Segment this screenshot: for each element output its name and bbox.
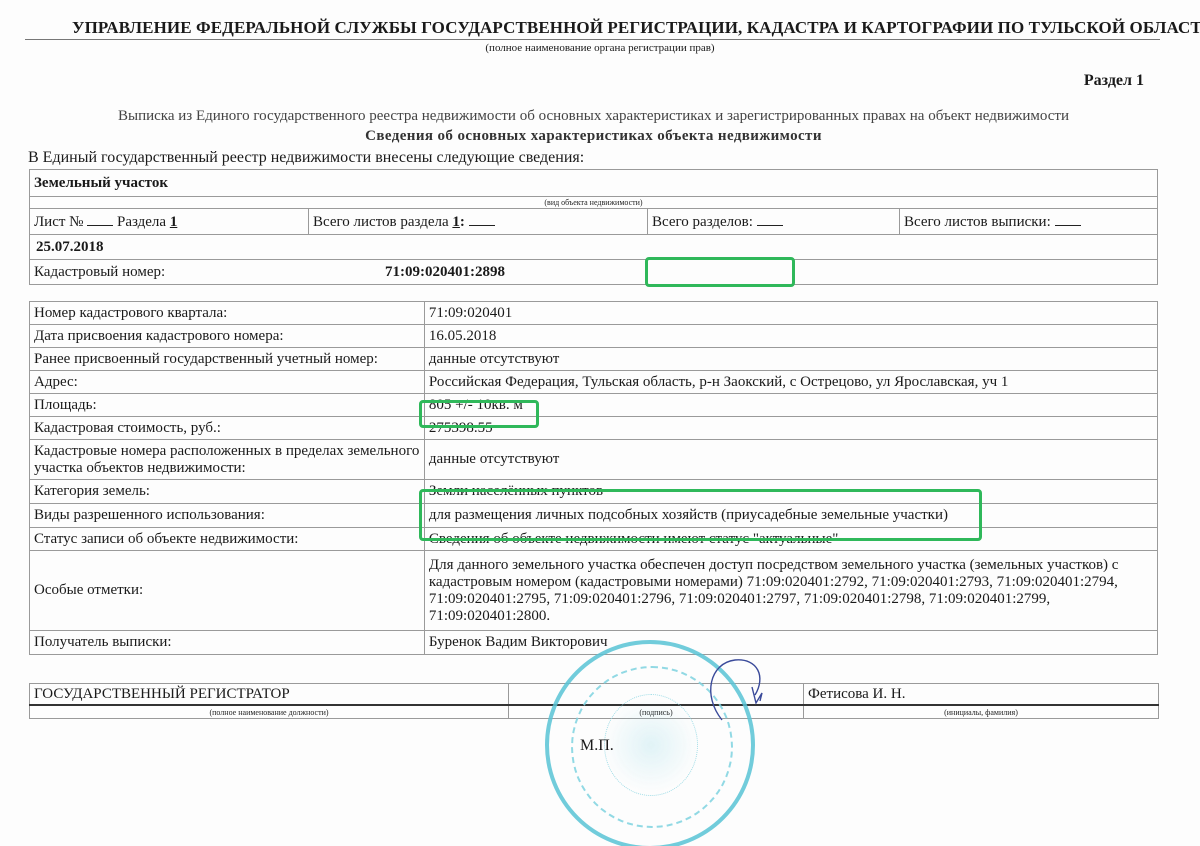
property-value: данные отсутствуют xyxy=(424,348,1157,371)
property-value: Буренок Вадим Викторович xyxy=(424,631,1157,655)
total-sheets-section-value: 1 xyxy=(452,214,460,230)
total-sections-blank xyxy=(757,213,783,226)
total-sections-cell: Всего разделов: xyxy=(648,209,900,235)
document-subtitle: Сведения об основных характеристиках объ… xyxy=(0,128,1187,145)
property-value: 16.05.2018 xyxy=(424,325,1157,348)
handwritten-signature-icon xyxy=(700,655,770,725)
total-sheets-section-cell: Всего листов раздела 1: xyxy=(309,209,648,235)
total-sections-label: Всего разделов: xyxy=(652,214,753,230)
table-row: Кадастровые номера расположенных в преде… xyxy=(30,440,1158,480)
object-type: Земельный участок xyxy=(30,170,1158,197)
property-label: Дата присвоения кадастрового номера: xyxy=(30,325,425,348)
total-extract-sheets-label: Всего листов выписки: xyxy=(904,214,1051,230)
property-label: Кадастровая стоимость, руб.: xyxy=(30,417,425,440)
property-label: Получатель выписки: xyxy=(30,631,425,655)
table-row: Номер кадастрового квартала: 71:09:02040… xyxy=(30,302,1158,325)
properties-table: Номер кадастрового квартала: 71:09:02040… xyxy=(29,301,1158,655)
total-sheets-blank xyxy=(469,213,495,226)
total-sheets-section-label: Всего листов раздела xyxy=(313,214,449,230)
total-extract-sheets-cell: Всего листов выписки: xyxy=(900,209,1158,235)
object-info-table: Земельный участок (вид объекта недвижимо… xyxy=(29,169,1158,285)
document-title: Выписка из Единого государственного реес… xyxy=(0,108,1187,125)
property-value: Российская Федерация, Тульская область, … xyxy=(424,371,1157,394)
property-label: Виды разрешенного использования: xyxy=(30,504,425,528)
sheet-label: Лист № xyxy=(34,214,83,230)
property-label: Ранее присвоенный государственный учетны… xyxy=(30,348,425,371)
total-extract-blank xyxy=(1055,213,1081,226)
table-row: Площадь: 805 +/- 10кв. м xyxy=(30,394,1158,417)
property-label: Площадь: xyxy=(30,394,425,417)
table-row: Кадастровая стоимость, руб.: 275398.55 xyxy=(30,417,1158,440)
table-row: Категория земель: Земли населённых пункт… xyxy=(30,480,1158,504)
property-value: 275398.55 xyxy=(424,417,1157,440)
name-caption: (инициалы, фамилия) xyxy=(804,705,1159,719)
property-label: Категория земель: xyxy=(30,480,425,504)
extract-date: 25.07.2018 xyxy=(30,235,1158,260)
property-label: Номер кадастрового квартала: xyxy=(30,302,425,325)
table-row: Ранее присвоенный государственный учетны… xyxy=(30,348,1158,371)
table-row: Статус записи об объекте недвижимости: С… xyxy=(30,528,1158,551)
registrar-position: ГОСУДАРСТВЕННЫЙ РЕГИСТРАТОР xyxy=(30,684,509,706)
section-label: Раздел 1 xyxy=(1084,72,1144,90)
seal-label: М.П. xyxy=(580,737,614,755)
property-value: Для данного земельного участка обеспечен… xyxy=(424,551,1157,631)
cadastral-number-label: Кадастровый номер: xyxy=(30,260,648,285)
table-row: Виды разрешенного использования: для раз… xyxy=(30,504,1158,528)
property-value: Земли населённых пунктов xyxy=(424,480,1157,504)
cadastral-number-text: 71:09:020401:2898 xyxy=(385,264,505,280)
divider xyxy=(25,39,1160,40)
property-value: для размещения личных подсобных хозяйств… xyxy=(424,504,1157,528)
property-label: Кадастровые номера расположенных в преде… xyxy=(30,440,425,480)
stamp-emblem xyxy=(604,694,698,796)
section-of-label: Раздела xyxy=(117,214,166,230)
property-value: данные отсутствуют xyxy=(424,440,1157,480)
sheet-blank xyxy=(87,213,113,226)
registration-authority-title: УПРАВЛЕНИЕ ФЕДЕРАЛЬНОЙ СЛУЖБЫ ГОСУДАРСТВ… xyxy=(72,18,1172,38)
property-value: 71:09:020401 xyxy=(424,302,1157,325)
table-row: Адрес: Российская Федерация, Тульская об… xyxy=(30,371,1158,394)
registrar-name: Фетисова И. Н. xyxy=(804,684,1159,706)
table-row: Особые отметки: Для данного земельного у… xyxy=(30,551,1158,631)
object-type-caption: (вид объекта недвижимости) xyxy=(30,197,1158,209)
intro-text: В Единый государственный реестр недвижим… xyxy=(28,149,584,167)
sheet-number-cell: Лист № Раздела 1 xyxy=(30,209,309,235)
cadastral-number-value: 71:09:020401:2898 xyxy=(648,260,1158,285)
table-row: Дата присвоения кадастрового номера: 16.… xyxy=(30,325,1158,348)
table-row: Получатель выписки: Буренок Вадим Виктор… xyxy=(30,631,1158,655)
authority-caption: (полное наименование органа регистрации … xyxy=(0,42,1200,54)
property-label: Адрес: xyxy=(30,371,425,394)
property-value: Сведения об объекте недвижимости имеют с… xyxy=(424,528,1157,551)
property-label: Статус записи об объекте недвижимости: xyxy=(30,528,425,551)
property-label: Особые отметки: xyxy=(30,551,425,631)
section-of-value: 1 xyxy=(170,214,178,230)
position-caption: (полное наименование должности) xyxy=(30,705,509,719)
property-value: 805 +/- 10кв. м xyxy=(424,394,1157,417)
